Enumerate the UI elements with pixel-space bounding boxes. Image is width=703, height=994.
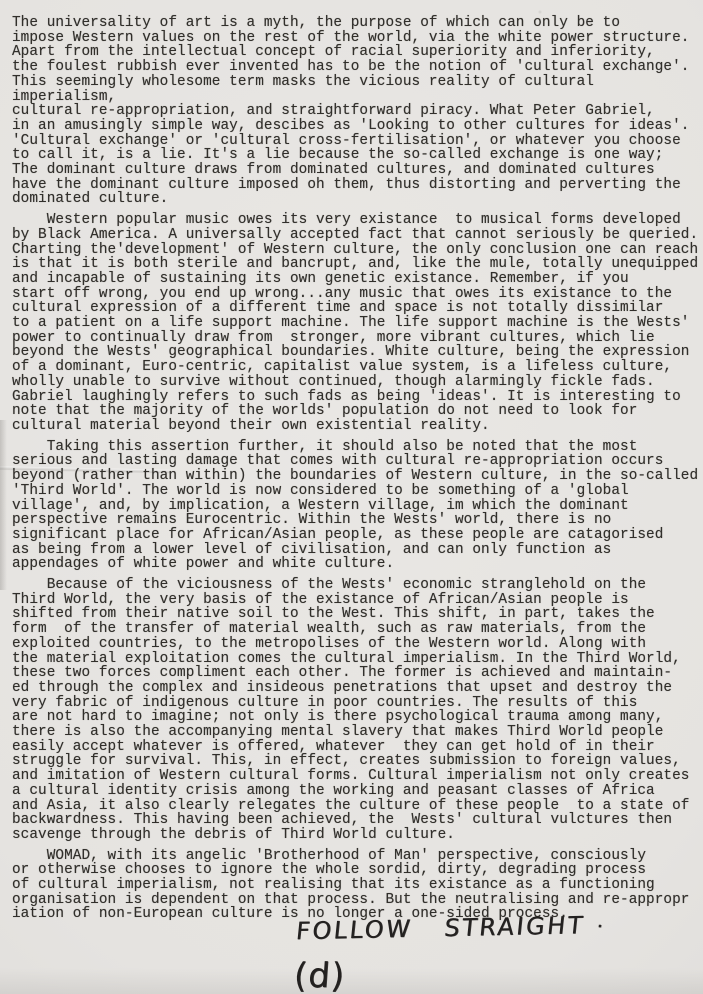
paragraph-third-world-damage: Taking this assertion further, it should… <box>12 440 703 572</box>
paragraph-economic-stranglehold: Because of the viciousness of the Wests'… <box>12 578 703 843</box>
paper-shadow-bottom <box>0 968 703 994</box>
document-body: The universality of art is a myth, the p… <box>12 16 703 922</box>
paragraph-western-popular-music: Western popular music owes its very exis… <box>12 213 703 434</box>
handwritten-note: FOLLOW STRAIGHT <box>295 911 607 946</box>
paragraph-universality-of-art: The universality of art is a myth, the p… <box>12 16 703 207</box>
paper-crease-left-edge <box>0 420 7 590</box>
typewritten-document-page: The universality of art is a myth, the p… <box>0 0 703 994</box>
handwritten-page-mark: (d) <box>293 956 347 994</box>
